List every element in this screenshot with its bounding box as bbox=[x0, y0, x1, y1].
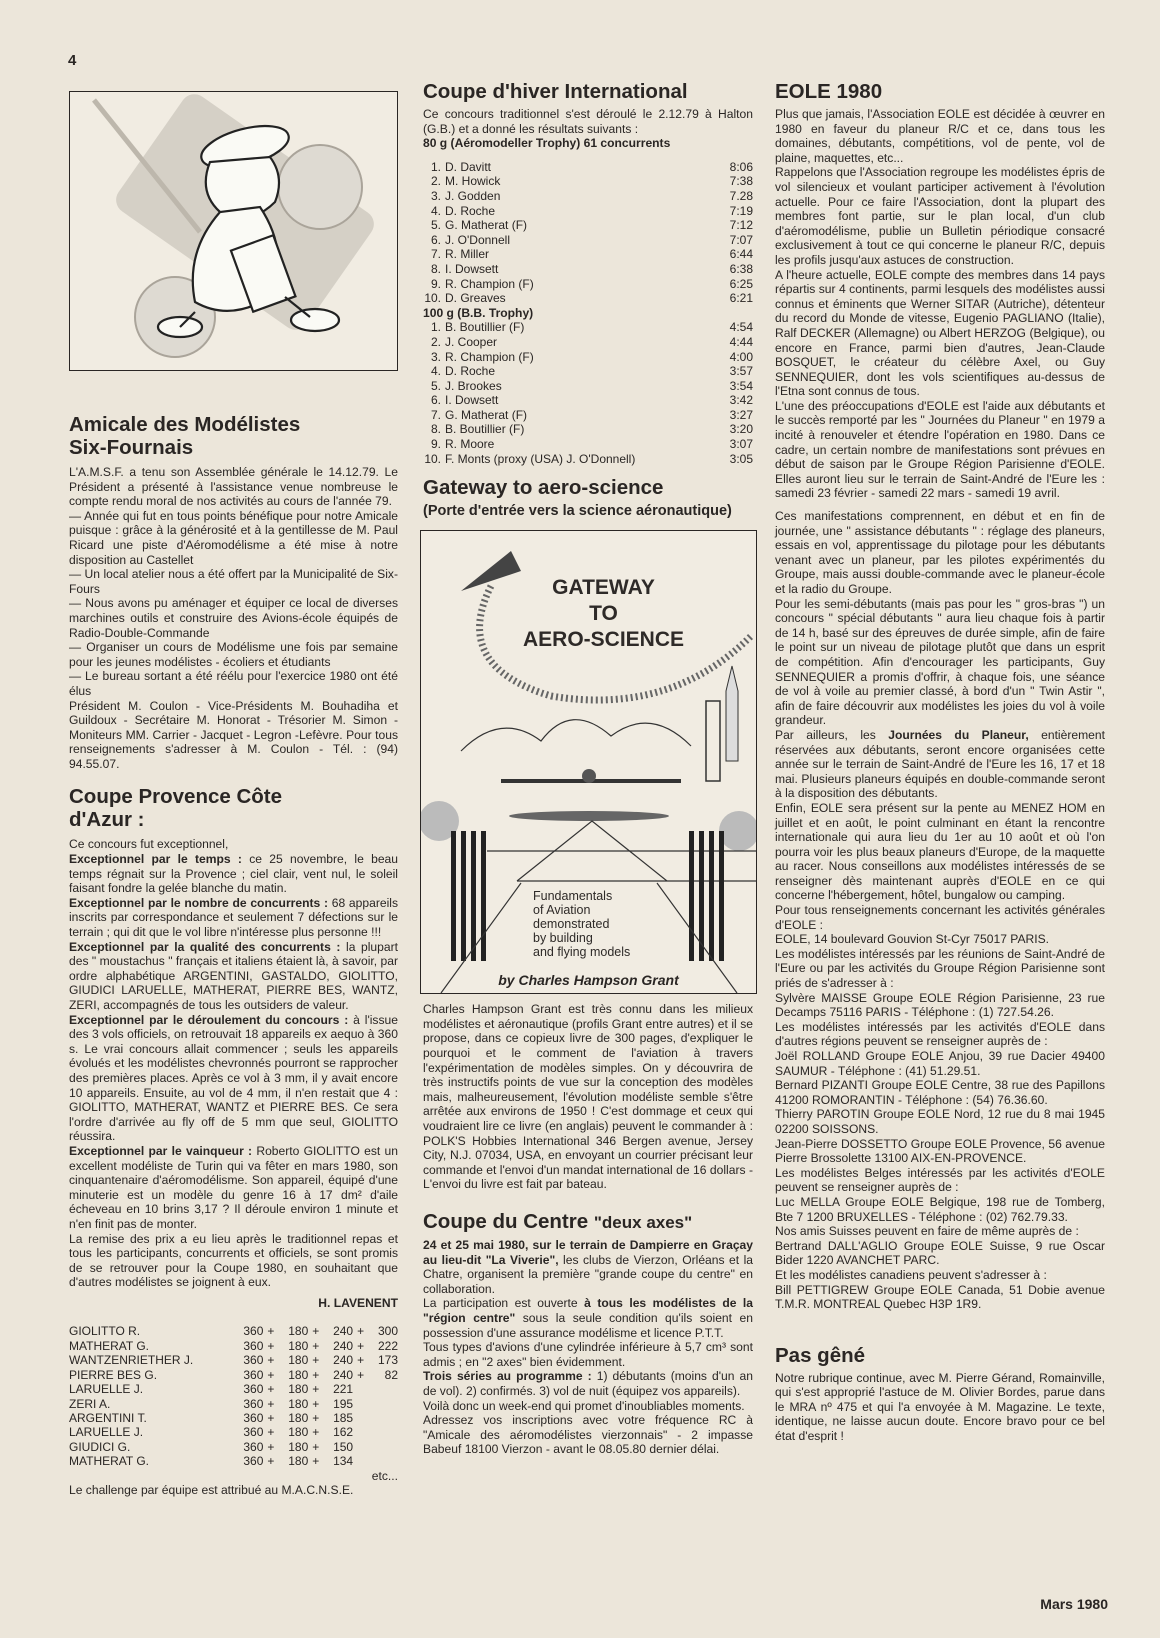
cover-byline: by Charles Hampson Grant bbox=[421, 973, 756, 988]
cover-blurb: Fundamentals of Aviation demonstrated by… bbox=[533, 889, 630, 959]
amicale-body: L'A.M.S.F. a tenu son Assemblée générale… bbox=[69, 465, 398, 771]
column-right: EOLE 1980 Plus que jamais, l'Association… bbox=[775, 80, 1105, 1444]
book-cover-illustration: GATEWAY TO AERO-SCIENCE Fundamentals of … bbox=[420, 530, 757, 994]
table-row: 3.R. Champion (F)4:00 bbox=[423, 350, 753, 365]
provence-title: Coupe Provence Côted'Azur : bbox=[69, 785, 398, 831]
eole-contacts: Enfin, EOLE sera présent sur la pente au… bbox=[775, 801, 1105, 1312]
gateway-subtitle: (Porte d'entrée vers la science aéronaut… bbox=[423, 503, 753, 520]
provence-item: Exceptionnel par le nombre de concurrent… bbox=[69, 896, 398, 940]
table-row: 9.R. Champion (F)6:25 bbox=[423, 277, 753, 292]
table-row: 4.D. Roche7:19 bbox=[423, 204, 753, 219]
table-row: 5.G. Matherat (F)7:12 bbox=[423, 218, 753, 233]
table-row: 9.R. Moore3:07 bbox=[423, 437, 753, 452]
table-row: 3.J. Godden7.28 bbox=[423, 189, 753, 204]
gateway-body: Charles Hampson Grant est très connu dan… bbox=[423, 1002, 753, 1192]
table-row: 7.G. Matherat (F)3:27 bbox=[423, 408, 753, 423]
hiver-results-100g: 1.B. Boutillier (F)4:542.J. Cooper4:443.… bbox=[423, 320, 753, 466]
pasgene-title: Pas gêné bbox=[775, 1344, 1105, 1367]
cartoon-illustration bbox=[69, 91, 398, 371]
amicale-title: Amicale des ModélistesSix-Fournais bbox=[69, 413, 398, 459]
page-footer-date: Mars 1980 bbox=[1040, 1596, 1108, 1612]
provence-item: Exceptionnel par le déroulement du conco… bbox=[69, 1013, 398, 1144]
table-row: 2.J. Cooper4:44 bbox=[423, 335, 753, 350]
provence-item: Exceptionnel par le vainqueur : Roberto … bbox=[69, 1144, 398, 1232]
table-row: 5.J. Brookes3:54 bbox=[423, 379, 753, 394]
table-row: 6.J. O'Donnell7:07 bbox=[423, 233, 753, 248]
pasgene-body: Notre rubrique continue, avec M. Pierre … bbox=[775, 1371, 1105, 1444]
table-row: PIERRE BES G.360+180+240+82 bbox=[69, 1368, 398, 1382]
table-row: MATHERAT G.360+180+134 bbox=[69, 1454, 398, 1468]
table-row: 8.B. Boutillier (F)3:20 bbox=[423, 422, 753, 437]
table-row: ARGENTINI T.360+180+185 bbox=[69, 1411, 398, 1425]
table-row: 6.I. Dowsett3:42 bbox=[423, 393, 753, 408]
page-number: 4 bbox=[68, 52, 76, 69]
table-row: LARUELLE J.360+180+162 bbox=[69, 1425, 398, 1439]
table-row: LARUELLE J.360+180+221 bbox=[69, 1382, 398, 1396]
table-row: 2.M. Howick7:38 bbox=[423, 174, 753, 189]
author-signature: H. LAVENENT bbox=[69, 1296, 398, 1311]
hiver-results-80g: 1.D. Davitt8:062.M. Howick7:383.J. Godde… bbox=[423, 160, 753, 306]
provence-body: Ce concours fut exceptionnel, Exceptionn… bbox=[69, 837, 398, 1310]
table-row: 1.D. Davitt8:06 bbox=[423, 160, 753, 175]
table-row: 8.I. Dowsett6:38 bbox=[423, 262, 753, 277]
cover-title: GATEWAY TO AERO-SCIENCE bbox=[421, 575, 756, 653]
centre-title: Coupe du Centre "deux axes" bbox=[423, 1210, 753, 1234]
table-row: 4.D. Roche3:57 bbox=[423, 364, 753, 379]
newspaper-boy-cartoon-icon bbox=[70, 92, 398, 370]
table-row: WANTZENRIETHER J.360+180+240+173 bbox=[69, 1353, 398, 1367]
column-left: Amicale des ModélistesSix-Fournais L'A.M… bbox=[69, 80, 398, 1498]
table-row: GIUDICI G.360+180+150 bbox=[69, 1440, 398, 1454]
table-row: 10.F. Monts (proxy (USA) J. O'Donnell)3:… bbox=[423, 452, 753, 467]
provence-item: Exceptionnel par le temps : ce 25 novemb… bbox=[69, 852, 398, 896]
table-row: GIOLITTO R.360+180+240+300 bbox=[69, 1324, 398, 1338]
table-row: 1.B. Boutillier (F)4:54 bbox=[423, 320, 753, 335]
table-row: 7.R. Miller6:44 bbox=[423, 247, 753, 262]
column-middle: Coupe d'hiver International Ce concours … bbox=[423, 80, 753, 1457]
table-row: ZERI A.360+180+195 bbox=[69, 1397, 398, 1411]
eole-title: EOLE 1980 bbox=[775, 80, 1105, 103]
table-row: 10.D. Greaves6:21 bbox=[423, 291, 753, 306]
table-row: MATHERAT G.360+180+240+222 bbox=[69, 1339, 398, 1353]
hiver-title: Coupe d'hiver International bbox=[423, 80, 753, 103]
gateway-title: Gateway to aero-science bbox=[423, 476, 753, 499]
provence-results-table: GIOLITTO R.360+180+240+300MATHERAT G.360… bbox=[69, 1324, 398, 1468]
provence-item: Exceptionnel par la qualité des concurre… bbox=[69, 940, 398, 1013]
